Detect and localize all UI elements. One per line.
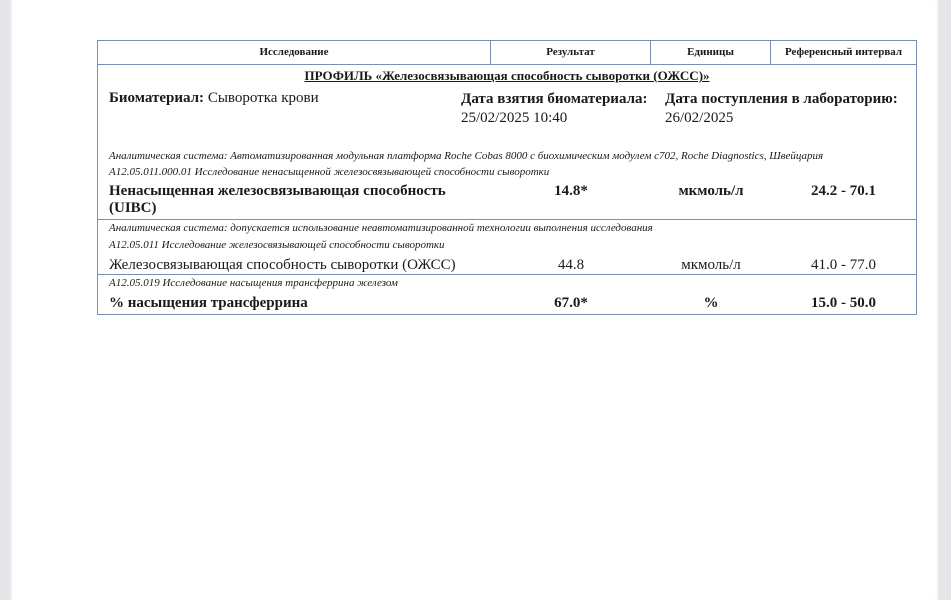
table-row: % насыщения трансферрина 67.0* % 15.0 - … [98, 292, 916, 314]
received-date-value: 26/02/2025 [665, 109, 898, 128]
test-result: 67.0* [491, 295, 651, 312]
test-section-tibc: Аналитическая система: допускается испол… [98, 219, 916, 274]
table-row: Железосвязывающая способность сыворотки … [98, 254, 916, 274]
biomaterial-value: Сыворотка крови [208, 90, 319, 106]
test-reference: 15.0 - 50.0 [771, 295, 916, 312]
biomaterial-label: Биоматериал: [109, 90, 204, 106]
analytic-system-note: Аналитическая система: Автоматизированна… [98, 148, 916, 164]
test-section-uibc: Аналитическая система: Автоматизированна… [98, 148, 916, 219]
test-code-note: A12.05.011.000.01 Исследование ненасыщен… [98, 164, 916, 180]
test-code-note: A12.05.019 Исследование насыщения трансф… [98, 275, 916, 292]
test-name: % насыщения трансферрина [98, 295, 491, 312]
column-header-test: Исследование [98, 41, 491, 64]
test-result: 14.8* [491, 183, 651, 217]
test-code-note: A12.05.011 Исследование железосвязывающе… [98, 237, 916, 254]
test-result: 44.8 [491, 257, 651, 274]
column-header-result: Результат [491, 41, 651, 64]
received-date-label: Дата поступления в лабораторию: [665, 90, 898, 109]
table-header: Исследование Результат Единицы Референсн… [98, 41, 916, 65]
table-row: Ненасыщенная железосвязывающая способнос… [98, 180, 916, 219]
profile-title: ПРОФИЛЬ «Железосвязывающая способность с… [98, 65, 916, 86]
collection-date: Дата взятия биоматериала: 25/02/2025 10:… [461, 90, 648, 128]
test-name: Железосвязывающая способность сыворотки … [98, 257, 491, 274]
received-date: Дата поступления в лабораторию: 26/02/20… [665, 90, 898, 128]
test-units: мкмоль/л [651, 257, 771, 274]
lab-report-table: Исследование Результат Единицы Референсн… [97, 40, 917, 315]
column-header-units: Единицы [651, 41, 771, 64]
document-page: Исследование Результат Единицы Референсн… [9, 0, 940, 600]
biomaterial: Биоматериал: Сыворотка крови [109, 90, 319, 107]
test-reference: 41.0 - 77.0 [771, 257, 916, 274]
column-header-reference: Референсный интервал [771, 41, 916, 64]
test-section-transferrin-saturation: A12.05.019 Исследование насыщения трансф… [98, 274, 916, 314]
test-units: % [651, 295, 771, 312]
collection-date-value: 25/02/2025 10:40 [461, 109, 648, 128]
collection-date-label: Дата взятия биоматериала: [461, 90, 648, 109]
biomaterial-block: Биоматериал: Сыворотка крови Дата взятия… [98, 86, 916, 148]
analytic-system-note: Аналитическая система: допускается испол… [98, 220, 916, 237]
test-reference: 24.2 - 70.1 [771, 183, 916, 217]
test-units: мкмоль/л [651, 183, 771, 217]
test-name: Ненасыщенная железосвязывающая способнос… [98, 183, 491, 217]
